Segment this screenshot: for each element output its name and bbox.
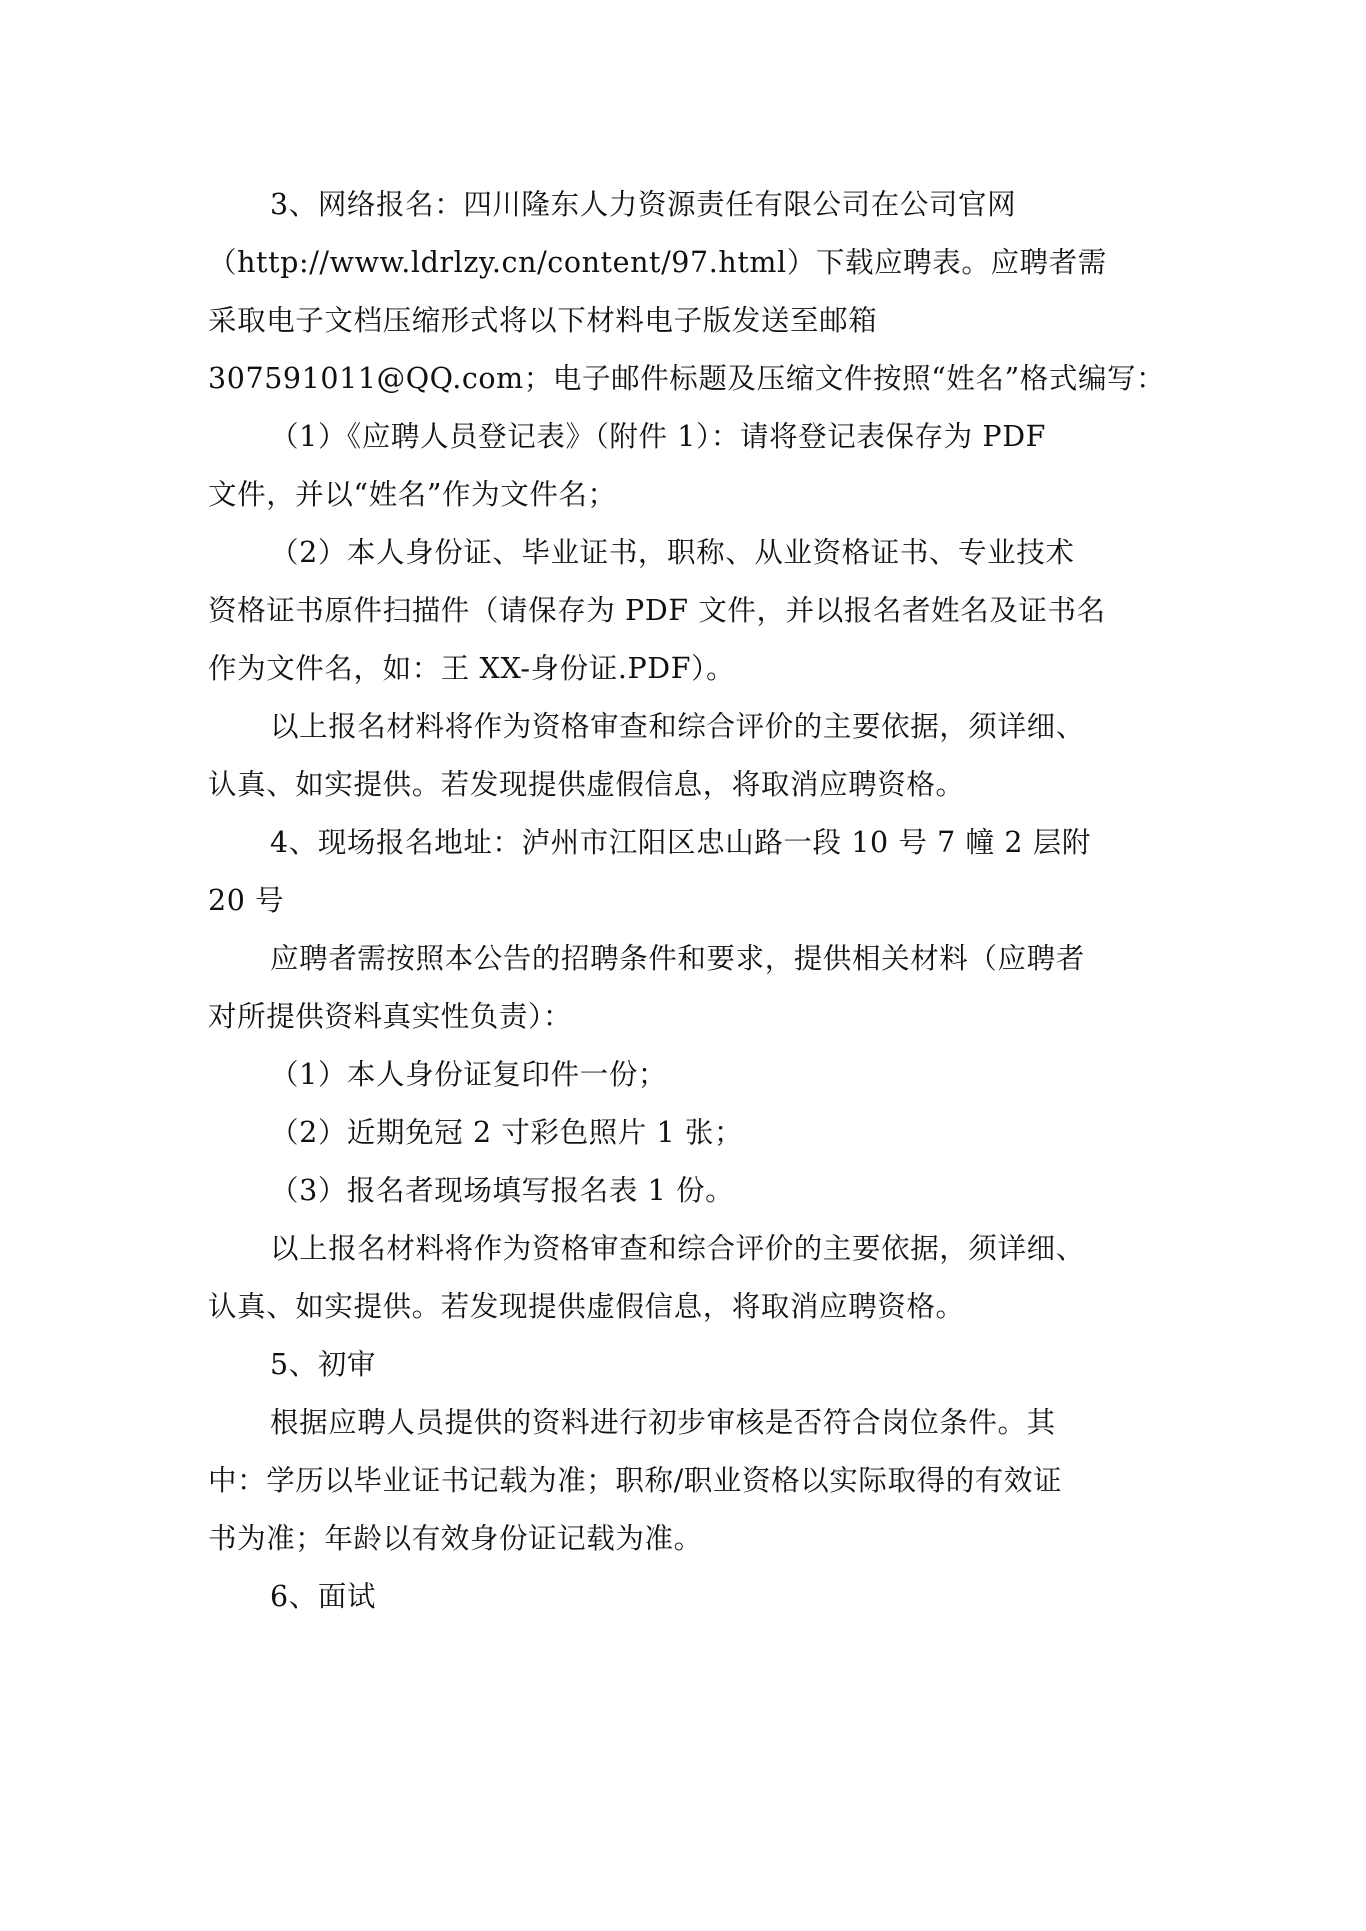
section-5-body-cont-line: 中：学历以毕业证书记载为准；职称/职业资格以实际取得的有效证 [208, 1452, 1168, 1510]
section-4-heading-line: 4、现场报名地址：泸州市江阳区忠山路一段 10 号 7 幢 2 层附 [208, 814, 1168, 872]
onsite-item-3-line: （3）报名者现场填写报名表 1 份。 [208, 1162, 1168, 1220]
section-3-heading-line: 3、网络报名：四川隆东人力资源责任有限公司在公司官网 [208, 176, 1168, 234]
online-item-2-cont-line: 作为文件名，如：王 XX-身份证.PDF）。 [208, 640, 1168, 698]
section-4-address-cont-line: 20 号 [208, 872, 1168, 930]
section-3-url-line: （http://www.ldrlzy.cn/content/97.html）下载… [208, 234, 1168, 292]
section-6-heading: 6、面试 [208, 1568, 1168, 1626]
onsite-requirements-line: 应聘者需按照本公告的招聘条件和要求，提供相关材料（应聘者 [208, 930, 1168, 988]
online-item-1-cont-line: 文件，并以“姓名”作为文件名； [208, 466, 1168, 524]
section-5-body-cont-line: 书为准；年龄以有效身份证记载为准。 [208, 1510, 1168, 1568]
online-item-1-line: （1）《应聘人员登记表》（附件 1）：请将登记表保存为 PDF [208, 408, 1168, 466]
onsite-item-1-line: （1）本人身份证复印件一份； [208, 1046, 1168, 1104]
section-5-body-line: 根据应聘人员提供的资料进行初步审核是否符合岗位条件。其 [208, 1394, 1168, 1452]
onsite-requirements-cont-line: 对所提供资料真实性负责）： [208, 988, 1168, 1046]
document-page: 3、网络报名：四川隆东人力资源责任有限公司在公司官网 （http://www.l… [0, 0, 1366, 1931]
section-3-line: 采取电子文档压缩形式将以下材料电子版发送至邮箱 [208, 292, 1168, 350]
online-notice-cont-line: 认真、如实提供。若发现提供虚假信息，将取消应聘资格。 [208, 756, 1168, 814]
onsite-notice-line: 以上报名材料将作为资格审查和综合评价的主要依据，须详细、 [208, 1220, 1168, 1278]
online-item-2-cont-line: 资格证书原件扫描件（请保存为 PDF 文件，并以报名者姓名及证书名 [208, 582, 1168, 640]
section-5-heading: 5、初审 [208, 1336, 1168, 1394]
onsite-notice-cont-line: 认真、如实提供。若发现提供虚假信息，将取消应聘资格。 [208, 1278, 1168, 1336]
section-3-email-line: 307591011@QQ.com；电子邮件标题及压缩文件按照“姓名”格式编写： [208, 350, 1168, 408]
online-item-2-line: （2）本人身份证、毕业证书，职称、从业资格证书、专业技术 [208, 524, 1168, 582]
onsite-item-2-line: （2）近期免冠 2 寸彩色照片 1 张； [208, 1104, 1168, 1162]
online-notice-line: 以上报名材料将作为资格审查和综合评价的主要依据，须详细、 [208, 698, 1168, 756]
document-body: 3、网络报名：四川隆东人力资源责任有限公司在公司官网 （http://www.l… [208, 176, 1168, 1626]
